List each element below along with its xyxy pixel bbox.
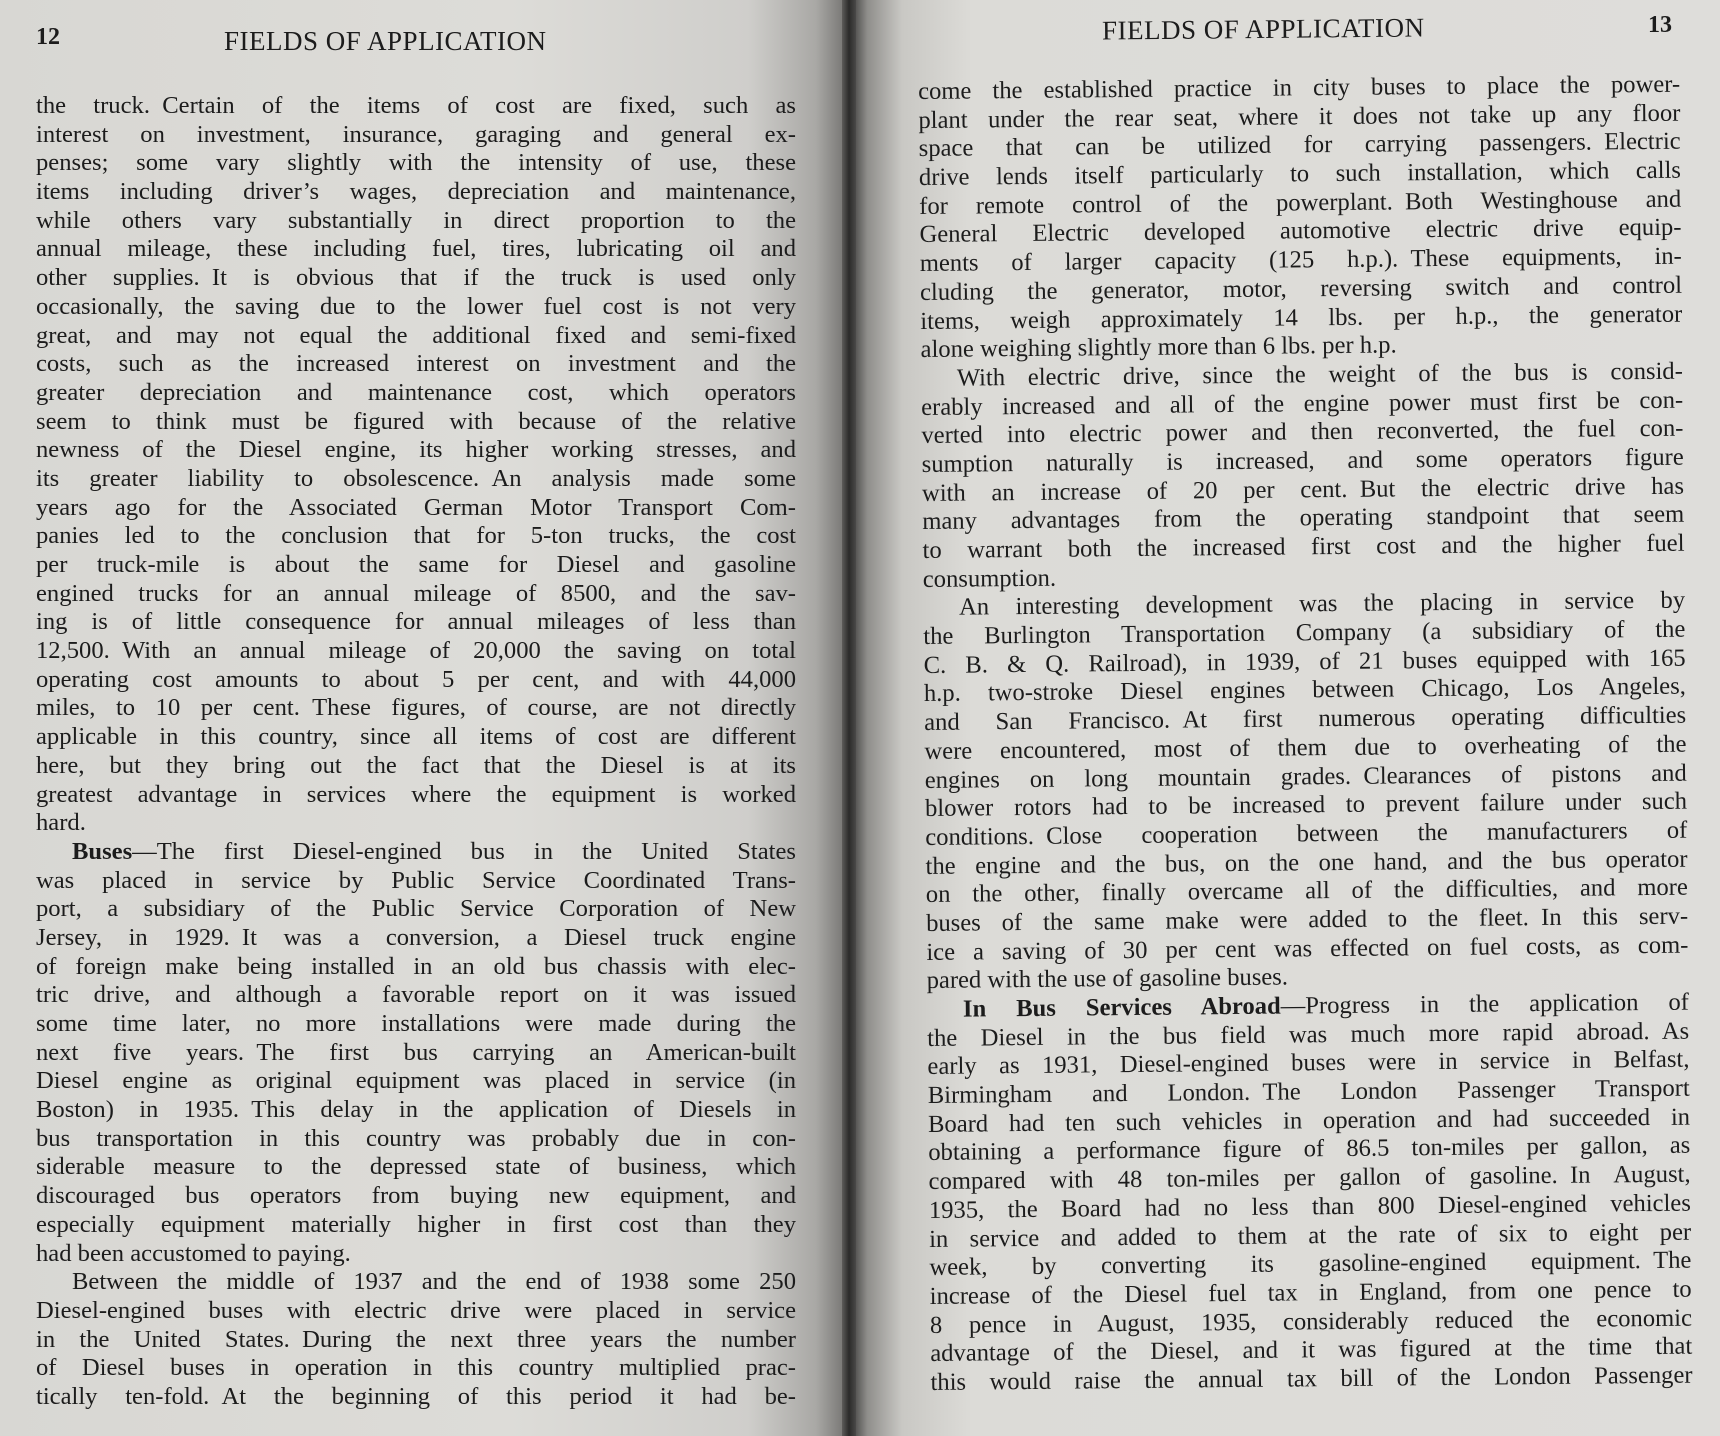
line-text: —Progress in the application of — [1281, 989, 1689, 1020]
line-text: interest on investment, insurance, garag… — [36, 121, 796, 148]
text-line: 12,500. With an annual mileage of 20,000… — [36, 637, 796, 666]
text-line: the truck. Certain of the items of cost … — [36, 92, 796, 121]
line-text: —The first Diesel-engined bus in the Uni… — [132, 838, 796, 865]
running-head: FIELDS OF APPLICATION — [224, 26, 547, 57]
text-line: annual mileage, these including fuel, ti… — [36, 235, 796, 264]
text-line: port, a subsidiary of the Public Service… — [36, 895, 796, 924]
text-line: of foreign make being installed in an ol… — [36, 953, 796, 982]
line-text: alone weighing slightly more than 6 lbs.… — [920, 332, 1396, 364]
text-line: tric drive, and although a favorable rep… — [36, 981, 796, 1010]
line-text: of Diesel buses in operation in this cou… — [36, 1354, 796, 1381]
line-text: Diesel-engined buses with electric drive… — [36, 1297, 796, 1324]
text-line: had been accustomed to paying. — [36, 1240, 796, 1269]
text-line: bus transportation in this country was p… — [36, 1125, 796, 1154]
line-text: of foreign make being installed in an ol… — [36, 953, 796, 980]
line-text: panies led to the conclusion that for 5-… — [36, 522, 796, 549]
line-text: newness of the Diesel engine, its higher… — [36, 436, 796, 463]
text-line: Between the middle of 1937 and the end o… — [36, 1268, 796, 1297]
line-text: next five years. The first bus carrying … — [36, 1039, 796, 1066]
line-text: bus transportation in this country was p… — [36, 1125, 796, 1152]
text-line: in the United States. During the next th… — [36, 1326, 796, 1355]
line-text: in the United States. During the next th… — [36, 1326, 796, 1353]
line-text: Between the middle of 1937 and the end o… — [72, 1268, 796, 1295]
page-number: 13 — [1648, 12, 1672, 39]
line-text: years ago for the Associated German Moto… — [36, 494, 796, 521]
line-text: had been accustomed to paying. — [36, 1240, 351, 1267]
text-line: while others vary substantially in direc… — [36, 207, 796, 236]
text-line: ing is of little consequence for annual … — [36, 608, 796, 637]
left-page: 12 FIELDS OF APPLICATION the truck. Cert… — [0, 0, 850, 1436]
line-text: hard. — [36, 809, 86, 836]
line-text: the truck. Certain of the items of cost … — [36, 92, 796, 119]
text-line: miles, to 10 per cent. These figures, of… — [36, 694, 796, 723]
text-line: especially equipment materially higher i… — [36, 1211, 796, 1240]
line-text: especially equipment materially higher i… — [36, 1211, 796, 1238]
text-line: engined trucks for an annual mileage of … — [36, 580, 796, 609]
line-text: great, and may not equal the additional … — [36, 322, 796, 349]
line-text: port, a subsidiary of the Public Service… — [36, 895, 796, 922]
line-text: greatest advantage in services where the… — [36, 781, 796, 808]
line-text: ing is of little consequence for annual … — [36, 608, 796, 635]
line-text: other supplies. It is obvious that if th… — [36, 264, 796, 291]
text-line: Diesel-engined buses with electric drive… — [36, 1297, 796, 1326]
text-line: per truck-mile is about the same for Die… — [36, 551, 796, 580]
running-head: FIELDS OF APPLICATION — [1102, 12, 1425, 46]
text-line: items including driver’s wages, deprecia… — [36, 178, 796, 207]
text-line: was placed in service by Public Service … — [36, 867, 796, 896]
line-text: annual mileage, these including fuel, ti… — [36, 235, 796, 262]
body-text: the truck. Certain of the items of cost … — [36, 92, 796, 1412]
section-heading: In Bus Services Abroad — [963, 993, 1281, 1023]
text-line: discouraged bus operators from buying ne… — [36, 1182, 796, 1211]
text-line: occasionally, the saving due to the lowe… — [36, 293, 796, 322]
text-line: of Diesel buses in operation in this cou… — [36, 1354, 796, 1383]
line-text: operating cost amounts to about 5 per ce… — [36, 666, 796, 693]
text-line: other supplies. It is obvious that if th… — [36, 264, 796, 293]
text-line: some time later, no more installations w… — [36, 1010, 796, 1039]
line-text: was placed in service by Public Service … — [36, 867, 796, 894]
line-text: costs, such as the increased interest on… — [36, 350, 796, 377]
text-line: Jersey, in 1929. It was a conversion, a … — [36, 924, 796, 953]
line-text: 12,500. With an annual mileage of 20,000… — [36, 637, 796, 664]
text-line: costs, such as the increased interest on… — [36, 350, 796, 379]
line-text: Boston) in 1935. This delay in the appli… — [36, 1096, 796, 1123]
text-line: Boston) in 1935. This delay in the appli… — [36, 1096, 796, 1125]
line-text: some time later, no more installations w… — [36, 1010, 796, 1037]
text-line: years ago for the Associated German Moto… — [36, 494, 796, 523]
text-line: Diesel engine as original equipment was … — [36, 1067, 796, 1096]
book-gutter — [842, 0, 856, 1436]
line-text: occasionally, the saving due to the lowe… — [36, 293, 796, 320]
line-text: engined trucks for an annual mileage of … — [36, 580, 796, 607]
line-text: its greater liability to obsolescence. A… — [36, 465, 796, 492]
line-text: pared with the use of gasoline buses. — [927, 964, 1289, 994]
text-line: siderable measure to the depressed state… — [36, 1153, 796, 1182]
book-spread: 12 FIELDS OF APPLICATION the truck. Cert… — [0, 0, 1720, 1436]
text-line: hard. — [36, 809, 796, 838]
line-text: seem to think must be figured with becau… — [36, 408, 796, 435]
text-line: next five years. The first bus carrying … — [36, 1039, 796, 1068]
line-text: per truck-mile is about the same for Die… — [36, 551, 796, 578]
line-text: tically ten-fold. At the beginning of th… — [36, 1383, 796, 1410]
section-heading: Buses — [72, 838, 132, 865]
line-text: miles, to 10 per cent. These figures, of… — [36, 694, 796, 721]
text-line: its greater liability to obsolescence. A… — [36, 465, 796, 494]
text-line: penses; some vary slightly with the inte… — [36, 149, 796, 178]
line-text: items including driver’s wages, deprecia… — [36, 178, 796, 205]
text-line: operating cost amounts to about 5 per ce… — [36, 666, 796, 695]
line-text: consumption. — [923, 564, 1056, 592]
text-line: newness of the Diesel engine, its higher… — [36, 436, 796, 465]
line-text: Diesel engine as original equipment was … — [36, 1067, 796, 1094]
body-text: come the established practice in city bu… — [918, 71, 1693, 1398]
line-text: discouraged bus operators from buying ne… — [36, 1182, 796, 1209]
text-line: panies led to the conclusion that for 5-… — [36, 522, 796, 551]
line-text: applicable in this country, since all it… — [36, 723, 796, 750]
text-line: interest on investment, insurance, garag… — [36, 121, 796, 150]
text-line: here, but they bring out the fact that t… — [36, 752, 796, 781]
line-text: penses; some vary slightly with the inte… — [36, 149, 796, 176]
text-line: Buses—The first Diesel-engined bus in th… — [36, 838, 796, 867]
line-text: tric drive, and although a favorable rep… — [36, 981, 796, 1008]
line-text: Jersey, in 1929. It was a conversion, a … — [36, 924, 796, 951]
line-text: here, but they bring out the fact that t… — [36, 752, 796, 779]
line-text: greater depreciation and maintenance cos… — [36, 379, 796, 406]
text-line: great, and may not equal the additional … — [36, 322, 796, 351]
page-number: 12 — [36, 24, 60, 51]
text-line: greatest advantage in services where the… — [36, 781, 796, 810]
text-line: applicable in this country, since all it… — [36, 723, 796, 752]
text-line: greater depreciation and maintenance cos… — [36, 379, 796, 408]
text-line: tically ten-fold. At the beginning of th… — [36, 1383, 796, 1412]
text-line: seem to think must be figured with becau… — [36, 408, 796, 437]
line-text: siderable measure to the depressed state… — [36, 1153, 796, 1180]
line-text: while others vary substantially in direc… — [36, 207, 796, 234]
